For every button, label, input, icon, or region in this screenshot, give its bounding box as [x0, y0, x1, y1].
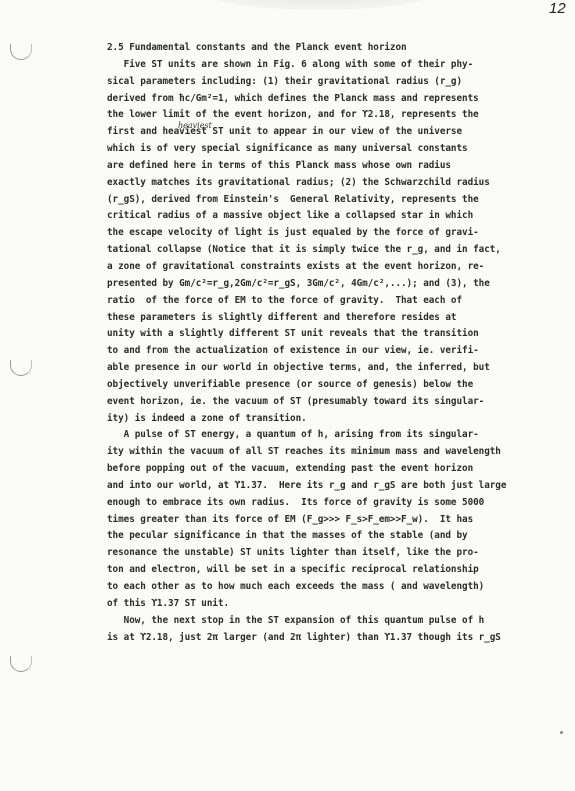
text-line: able presence in our world in objective … — [107, 360, 547, 377]
text-line: (r_gS), derived from Einstein's General … — [107, 192, 547, 209]
text-line: event horizon, ie. the vacuum of ST (pre… — [107, 394, 547, 411]
text-line: before popping out of the vacuum, extend… — [107, 461, 547, 478]
text-line: of this ϒ1.37 ST unit. — [107, 596, 547, 613]
text-line: enough to embrace its own radius. Its fo… — [107, 495, 547, 512]
text-line: tational collapse (Notice that it is sim… — [107, 242, 547, 259]
text-line: the escape velocity of light is just equ… — [107, 225, 547, 242]
text-line: exactly matches its gravitational radius… — [107, 175, 547, 192]
text-line: derived from ħc/Gm²=1, which defines the… — [107, 91, 547, 108]
text-line: times greater than its force of EM (F_g>… — [107, 512, 547, 529]
text-line: objectively unverifiable presence (or so… — [107, 377, 547, 394]
text-line: a zone of gravitational constraints exis… — [107, 259, 547, 276]
text-line: to and from the actualization of existen… — [107, 343, 547, 360]
scan-smudge — [200, 0, 440, 10]
section-heading: 2.5 Fundamental constants and the Planck… — [107, 40, 547, 57]
text-line: unity with a slightly different ST unit … — [107, 326, 547, 343]
text-line: sical parameters including: (1) their gr… — [107, 74, 547, 91]
text-line: ratio of the force of EM to the force of… — [107, 293, 547, 310]
text-line: to each other as to how much each exceed… — [107, 579, 547, 596]
binder-hole-mark — [10, 360, 32, 376]
handwritten-annotation: heaviest — [178, 121, 212, 130]
text-line: presented by Gm/c²=r_g,2Gm/c²=r_gS, 3Gm/… — [107, 276, 547, 293]
text-line: which is of very special significance as… — [107, 141, 547, 158]
text-line: first and heaviest ST unit to appear in … — [107, 124, 547, 141]
text-line: ity) is indeed a zone of transition. — [107, 411, 547, 428]
text-line: these parameters is slightly different a… — [107, 310, 547, 327]
text-line: A pulse of ST energy, a quantum of h, ar… — [107, 427, 547, 444]
text-line: critical radius of a massive object like… — [107, 208, 547, 225]
text-line: ity within the vacuum of all ST reaches … — [107, 444, 547, 461]
page-number: 12 — [549, 0, 566, 17]
text-line: Now, the next stop in the ST expansion o… — [107, 613, 547, 630]
text-line: the lower limit of the event horizon, an… — [107, 107, 547, 124]
text-line: Five ST units are shown in Fig. 6 along … — [107, 57, 547, 74]
text-line: are defined here in terms of this Planck… — [107, 158, 547, 175]
binder-hole-mark — [10, 656, 32, 672]
text-line: the pecular significance in that the mas… — [107, 528, 547, 545]
text-line: resonance the unstable) ST units lighter… — [107, 545, 547, 562]
text-line: is at ϒ2.18, just 2π larger (and 2π ligh… — [107, 630, 547, 647]
text-line: and into our world, at ϒ1.37. Here its r… — [107, 478, 547, 495]
text-line: ton and electron, will be set in a speci… — [107, 562, 547, 579]
binder-hole-mark — [10, 44, 32, 60]
scan-speck — [560, 731, 563, 734]
typewritten-body: 2.5 Fundamental constants and the Planck… — [107, 40, 547, 646]
